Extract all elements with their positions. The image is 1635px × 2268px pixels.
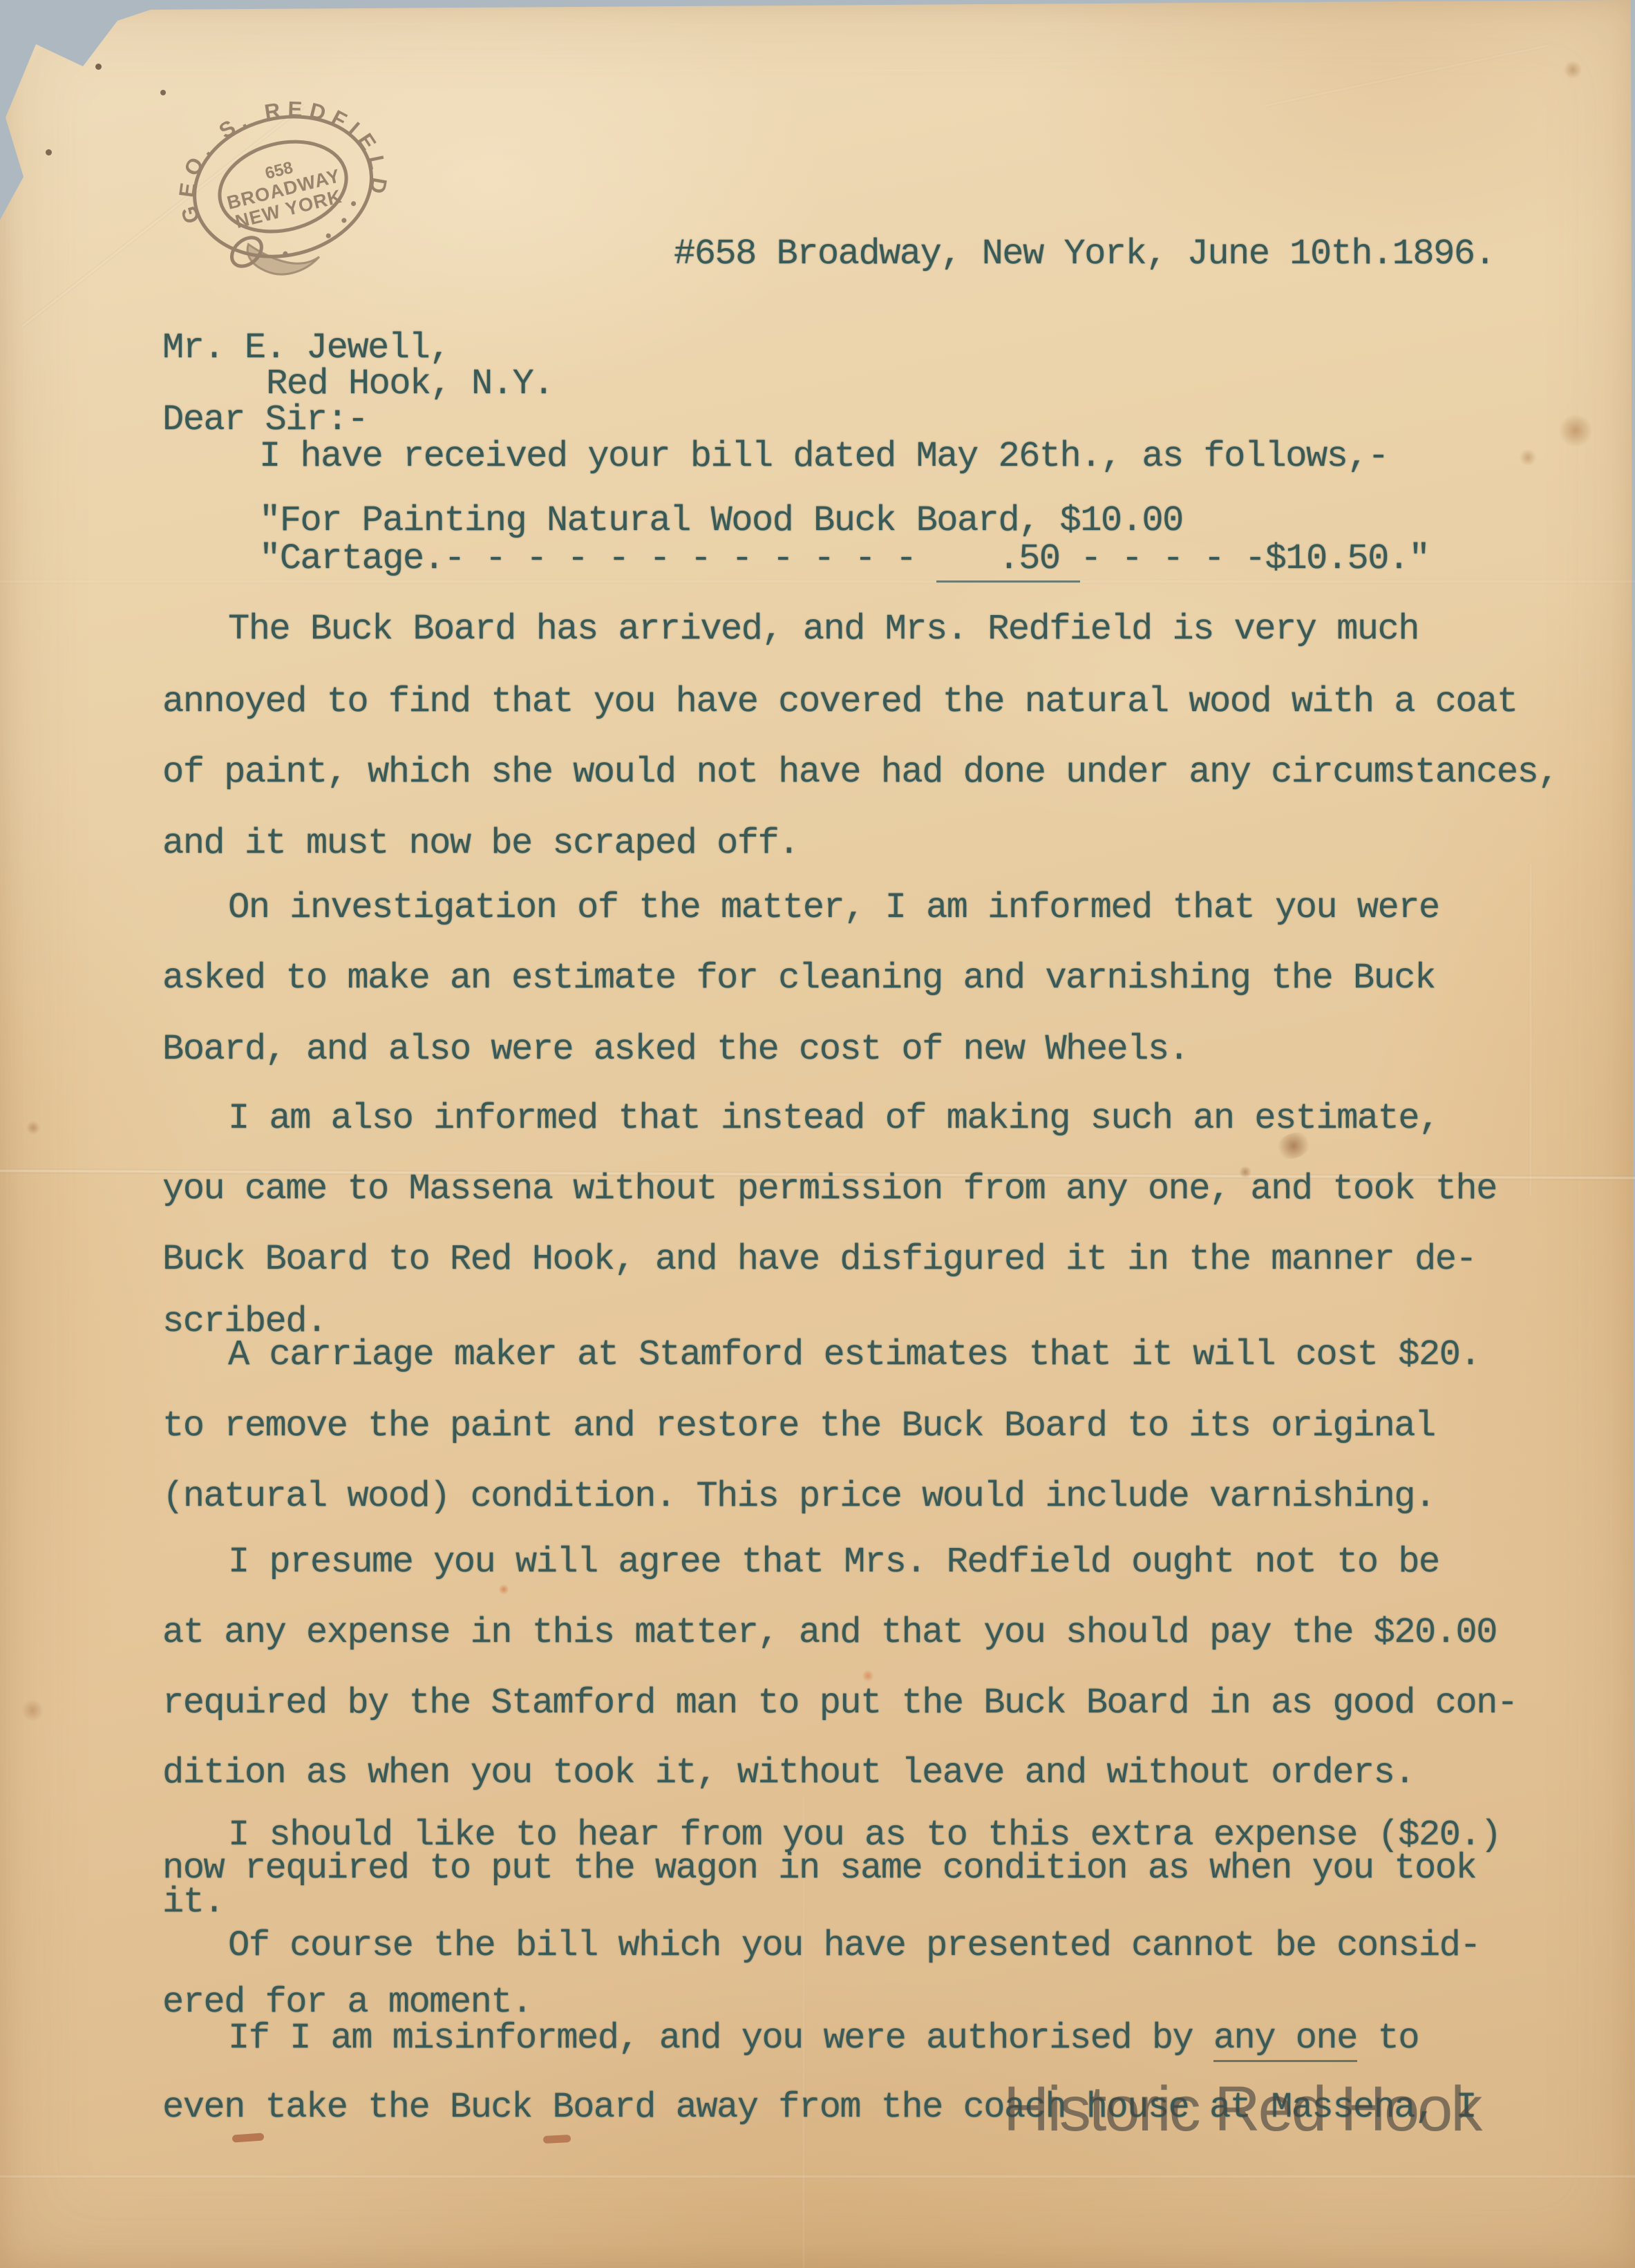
typed-line: at any expense in this matter, and that …: [162, 1614, 1497, 1652]
typed-line: Dear Sir:-: [162, 401, 368, 440]
typed-line: "For Painting Natural Wood Buck Board, $…: [259, 502, 1183, 540]
typed-line: I have received your bill dated May 26th…: [259, 437, 1388, 476]
typed-line: asked to make an estimate for cleaning a…: [162, 959, 1435, 998]
typed-line: annoyed to find that you have covered th…: [162, 683, 1518, 721]
typed-line: and it must now be scraped off.: [162, 824, 799, 863]
scanned-letter-page: { "document_type": "scanned typewritten …: [0, 0, 1635, 2268]
typed-line: "Cartage.- - - - - - - - - - - - .50 - -…: [259, 540, 1429, 578]
typed-line: The Buck Board has arrived, and Mrs. Red…: [228, 610, 1419, 649]
typed-line: I presume you will agree that Mrs. Redfi…: [228, 1543, 1439, 1582]
archive-watermark: Historic Red Hook: [1003, 2073, 1480, 2146]
typed-line: I am also informed that instead of makin…: [228, 1099, 1439, 1138]
typed-line: it.: [162, 1883, 224, 1922]
typed-line: to remove the paint and restore the Buck…: [162, 1407, 1435, 1446]
typed-line: required by the Stamford man to put the …: [162, 1684, 1518, 1723]
typed-line: (natural wood) condition. This price wou…: [162, 1477, 1435, 1516]
letter-lines: #658 Broadway, New York, June 10th.1896.…: [0, 0, 1635, 2268]
typed-line: now required to put the wagon in same co…: [162, 1849, 1476, 1888]
typed-line: of paint, which she would not have had d…: [162, 753, 1558, 792]
typed-line: A carriage maker at Stamford estimates t…: [228, 1336, 1480, 1374]
typed-line: ered for a moment.: [162, 1983, 532, 2022]
typed-line: Buck Board to Red Hook, and have disfigu…: [162, 1240, 1476, 1279]
typed-line: #658 Broadway, New York, June 10th.1896.: [674, 235, 1495, 274]
typed-line: Mr. E. Jewell,: [162, 329, 450, 368]
typed-line: On investigation of the matter, I am inf…: [228, 889, 1439, 927]
typed-line: Red Hook, N.Y.: [266, 365, 554, 404]
typed-line: Board, and also were asked the cost of n…: [162, 1030, 1189, 1069]
typed-line: dition as when you took it, without leav…: [162, 1754, 1415, 1793]
typed-line: If I am misinformed, and you were author…: [228, 2019, 1419, 2058]
typed-line: Of course the bill which you have presen…: [228, 1927, 1480, 1965]
typed-line: you came to Massena without permission f…: [162, 1170, 1497, 1209]
